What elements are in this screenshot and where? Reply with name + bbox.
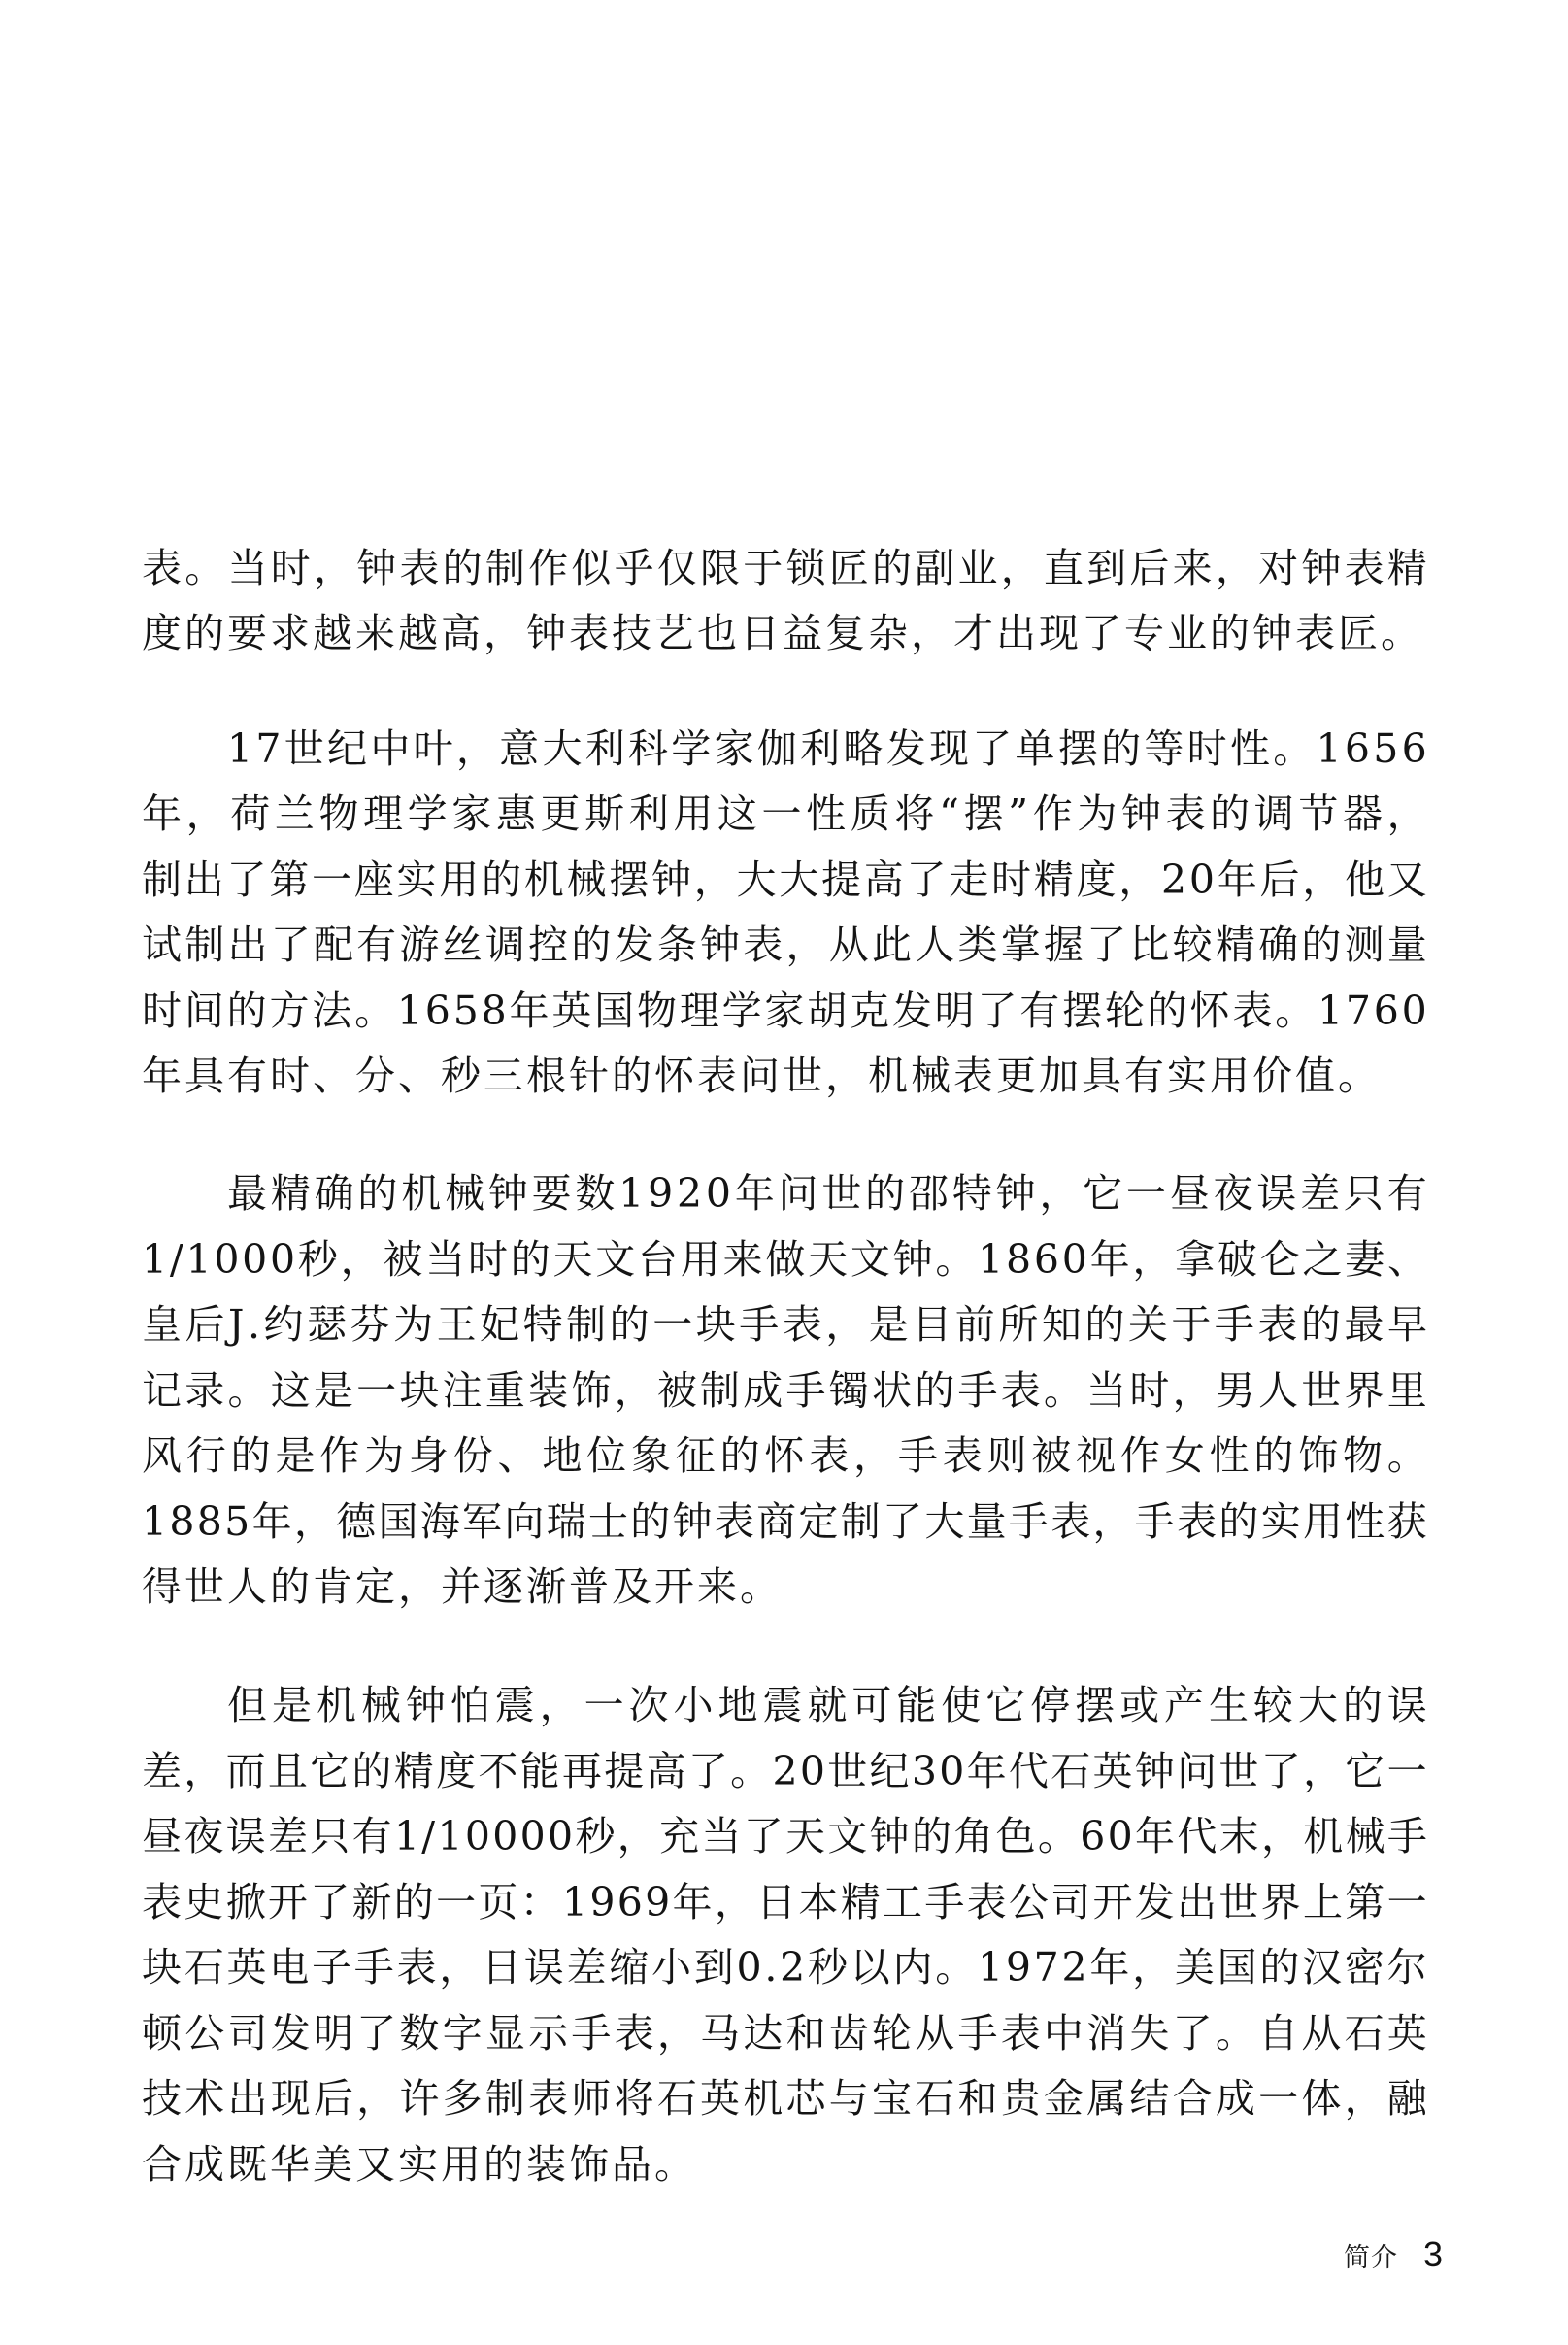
text-line: 年，荷兰物理学家惠更斯利用这一性质将“摆”作为钟表的调节器， [142, 781, 1427, 847]
text-line: 合成既华美又实用的装饰品。 [142, 2131, 1427, 2197]
text-line: 表史掀开了新的一页：1969年，日本精工手表公司开发出世界上第一 [142, 1869, 1427, 1935]
text-line: 年具有时、分、秒三根针的怀表问世，机械表更加具有实用价值。 [142, 1043, 1427, 1109]
book-page: 表。当时，钟表的制作似乎仅限于锁匠的副业，直到后来，对钟表精 度的要求越来越高，… [0, 0, 1568, 2345]
text-line: 最精确的机械钟要数1920年问世的邵特钟，它一昼夜误差只有 [142, 1160, 1427, 1226]
text-line: 皇后J.约瑟芬为王妃特制的一块手表，是目前所知的关于手表的最早 [142, 1291, 1427, 1357]
text-line: 但是机械钟怕震，一次小地震就可能使它停摆或产生较大的误 [142, 1672, 1427, 1738]
text-line: 制出了第一座实用的机械摆钟，大大提高了走时精度，20年后，他又 [142, 847, 1427, 913]
text-line: 昼夜误差只有1/10000秒，充当了天文钟的角色。60年代末，机械手 [142, 1803, 1427, 1869]
text-line: 记录。这是一块注重装饰，被制成手镯状的手表。当时，男人世界里 [142, 1357, 1427, 1424]
text-line: 得世人的肯定，并逐渐普及开来。 [142, 1554, 1427, 1620]
text-line: 1/1000秒，被当时的天文台用来做天文钟。1860年，拿破仑之妻、 [142, 1226, 1427, 1292]
page-number: 3 [1423, 2234, 1443, 2275]
text-line: 顿公司发明了数字显示手表，马达和齿轮从手表中消失了。自从石英 [142, 2000, 1427, 2066]
text-line: 表。当时，钟表的制作似乎仅限于锁匠的副业，直到后来，对钟表精 [142, 535, 1427, 601]
section-label: 简介 [1344, 2236, 1398, 2274]
text-line: 试制出了配有游丝调控的发条钟表，从此人类掌握了比较精确的测量 [142, 912, 1427, 978]
text-line: 时间的方法。1658年英国物理学家胡克发明了有摆轮的怀表。1760 [142, 978, 1427, 1044]
text-line: 块石英电子手表，日误差缩小到0.2秒以内。1972年，美国的汉密尔 [142, 1934, 1427, 2000]
page-footer: 简介 3 [1344, 2233, 1443, 2276]
text-line: 技术出现后，许多制表师将石英机芯与宝石和贵金属结合成一体，融 [142, 2065, 1427, 2131]
text-line: 度的要求越来越高，钟表技艺也日益复杂，才出现了专业的钟表匠。 [142, 600, 1427, 666]
text-line: 17世纪中叶，意大利科学家伽利略发现了单摆的等时性。1656 [142, 716, 1427, 782]
text-line: 差，而且它的精度不能再提高了。20世纪30年代石英钟问世了，它一 [142, 1738, 1427, 1804]
text-line: 风行的是作为身份、地位象征的怀表，手表则被视作女性的饰物。 [142, 1423, 1427, 1489]
text-line: 1885年，德国海军向瑞士的钟表商定制了大量手表，手表的实用性获 [142, 1489, 1427, 1555]
